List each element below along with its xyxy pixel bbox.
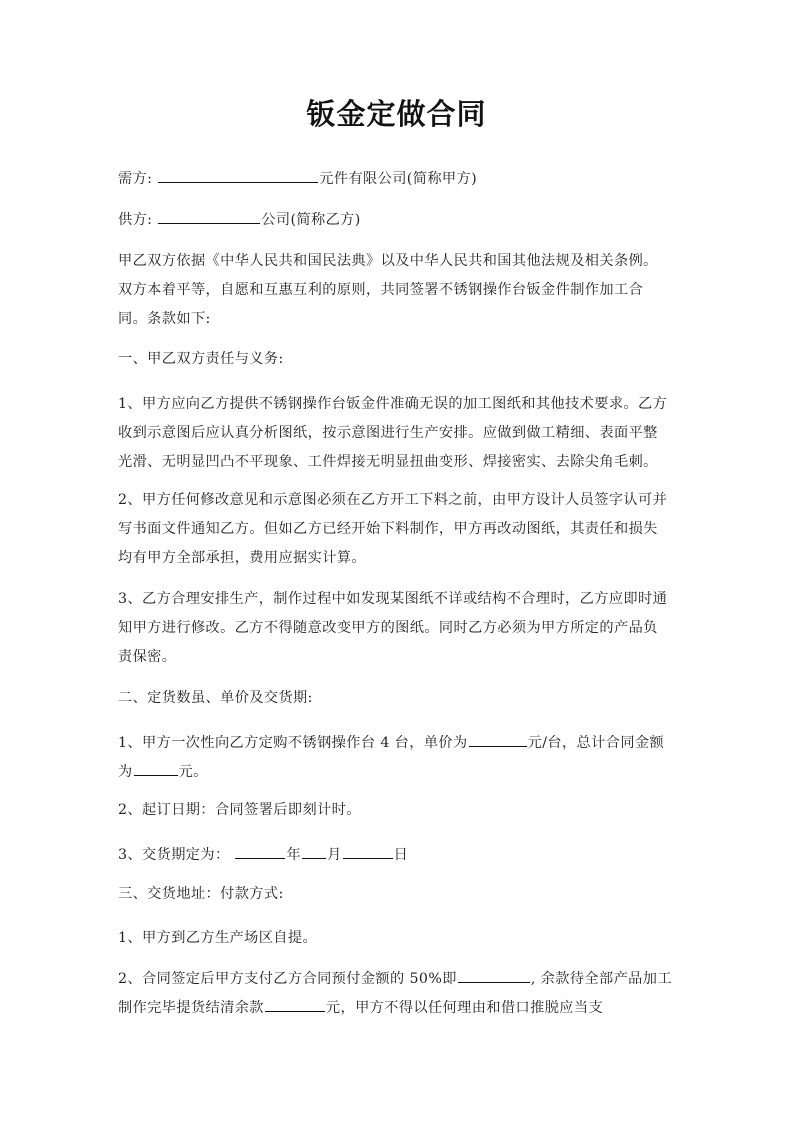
section3-item2-text-c: 制作完毕提货结清余款 (118, 1000, 264, 1016)
section3-item2-text-a: 2、合同签定后甲方支付乙方合同预付金额的 50%即 (118, 971, 457, 987)
delivery-day-blank[interactable] (343, 844, 393, 859)
section2-item1-text-a: 1、甲方一次性向乙方定购不锈钢操作台 4 台，单价为 (118, 735, 468, 751)
preamble-line-1: 甲乙双方依据《中华人民共和国民法典》以及中华人民共和国其他法规及相关条例。 (118, 251, 678, 271)
section2-item1-line1: 1、甲方一次性向乙方定购不锈钢操作台 4 台，单价为元/台，总计合同金额 (118, 732, 678, 753)
section1-item1-line3: 光滑、无明显凹凸不平现象、工件焊接无明显扭曲变形、焊接密实、去除尖角毛刺。 (118, 452, 678, 472)
section3-item2-text-d: 元，甲方不得以任何理由和借口推脱应当支 (326, 1000, 603, 1016)
delivery-date-label: 3、交货期定为： (118, 847, 230, 863)
section1-item1-line1: 1、甲方应向乙方提供不锈钢操作台钣金件准确无误的加工图纸和其他技术要求。乙方 (118, 394, 678, 414)
section1-item2-line3: 均有甲方全部承担，费用应据实计算。 (118, 548, 678, 568)
document-title: 钣金定做合同 (0, 92, 793, 133)
section1-item3-line1: 3、乙方合理安排生产，制作过程中如发现某图纸不详或结构不合理时，乙方应即时通 (118, 589, 678, 609)
section1-item3-line3: 责保密。 (118, 647, 678, 667)
unit-price-blank[interactable] (469, 732, 527, 747)
section3-heading: 三、交货地址：付款方式: (118, 884, 678, 904)
supplier-line: 供方: 公司(简称乙方) (118, 209, 678, 230)
section3-item1: 1、甲方到乙方生产场区自提。 (118, 928, 678, 948)
section3-item2-text-b: , 余款待全部产品加工 (531, 971, 672, 987)
section2-heading: 二、定货数虽、单价及交货期: (118, 688, 678, 708)
delivery-year-blank[interactable] (235, 844, 285, 859)
preamble-line-3: 同。条款如下: (118, 309, 678, 329)
section2-item1-text-d: 元。 (179, 764, 208, 780)
delivery-month-blank[interactable] (302, 844, 326, 859)
section2-item3: 3、交货期定为： 年月日 (118, 844, 678, 865)
section1-heading: 一、甲乙双方责任与义务: (118, 349, 678, 369)
section2-item1-text-b: 元/台，总计合同金额 (528, 735, 664, 751)
section1-item3-line2: 知甲方进行修改。乙方不得随意改变甲方的图纸。同时乙方必须为甲方所定的产品负 (118, 618, 678, 638)
supplier-name-blank[interactable] (158, 209, 260, 224)
section2-item2: 2、起订日期：合同签署后即刻计时。 (118, 800, 678, 820)
buyer-label: 需方: (118, 171, 152, 187)
section1-item2-line2: 写书面文件通知乙方。但如乙方已经开始下料制作，甲方再改动图纸，其责任和损失 (118, 519, 678, 539)
total-amount-blank[interactable] (134, 761, 178, 776)
balance-amount-blank[interactable] (265, 997, 325, 1012)
document-page: 钣金定做合同 需方: 元件有限公司(简称甲方) 供方: 公司(简称乙方) 甲乙双… (0, 0, 793, 1122)
month-label: 月 (327, 847, 342, 863)
supplier-label: 供方: (118, 212, 152, 228)
section1-item2-line1: 2、甲方任何修改意见和示意图必须在乙方开工下料之前，由甲方设计人员签字认可并 (118, 490, 678, 510)
year-label: 年 (286, 847, 301, 863)
buyer-name-blank[interactable] (158, 168, 318, 183)
supplier-suffix: 公司(简称乙方) (261, 212, 360, 228)
section3-item2-line2: 制作完毕提货结清余款元，甲方不得以任何理由和借口推脱应当支 (118, 997, 678, 1018)
day-label: 日 (394, 847, 409, 863)
section3-item2-line1: 2、合同签定后甲方支付乙方合同预付金额的 50%即, 余款待全部产品加工 (118, 968, 678, 989)
section2-item1-text-c: 为 (118, 764, 133, 780)
preamble-line-2: 双方本着平等，自愿和互惠互利的原则，共同签署不锈钢操作台钣金件制作加工合 (118, 280, 678, 300)
buyer-suffix: 元件有限公司(简称甲方) (319, 171, 477, 187)
section1-item1-line2: 收到示意图后应认真分析图纸，按示意图进行生产安排。应做到做工精细、表面平整 (118, 423, 678, 443)
buyer-line: 需方: 元件有限公司(简称甲方) (118, 168, 678, 189)
prepayment-blank[interactable] (458, 968, 530, 983)
section2-item1-line2: 为元。 (118, 761, 678, 782)
